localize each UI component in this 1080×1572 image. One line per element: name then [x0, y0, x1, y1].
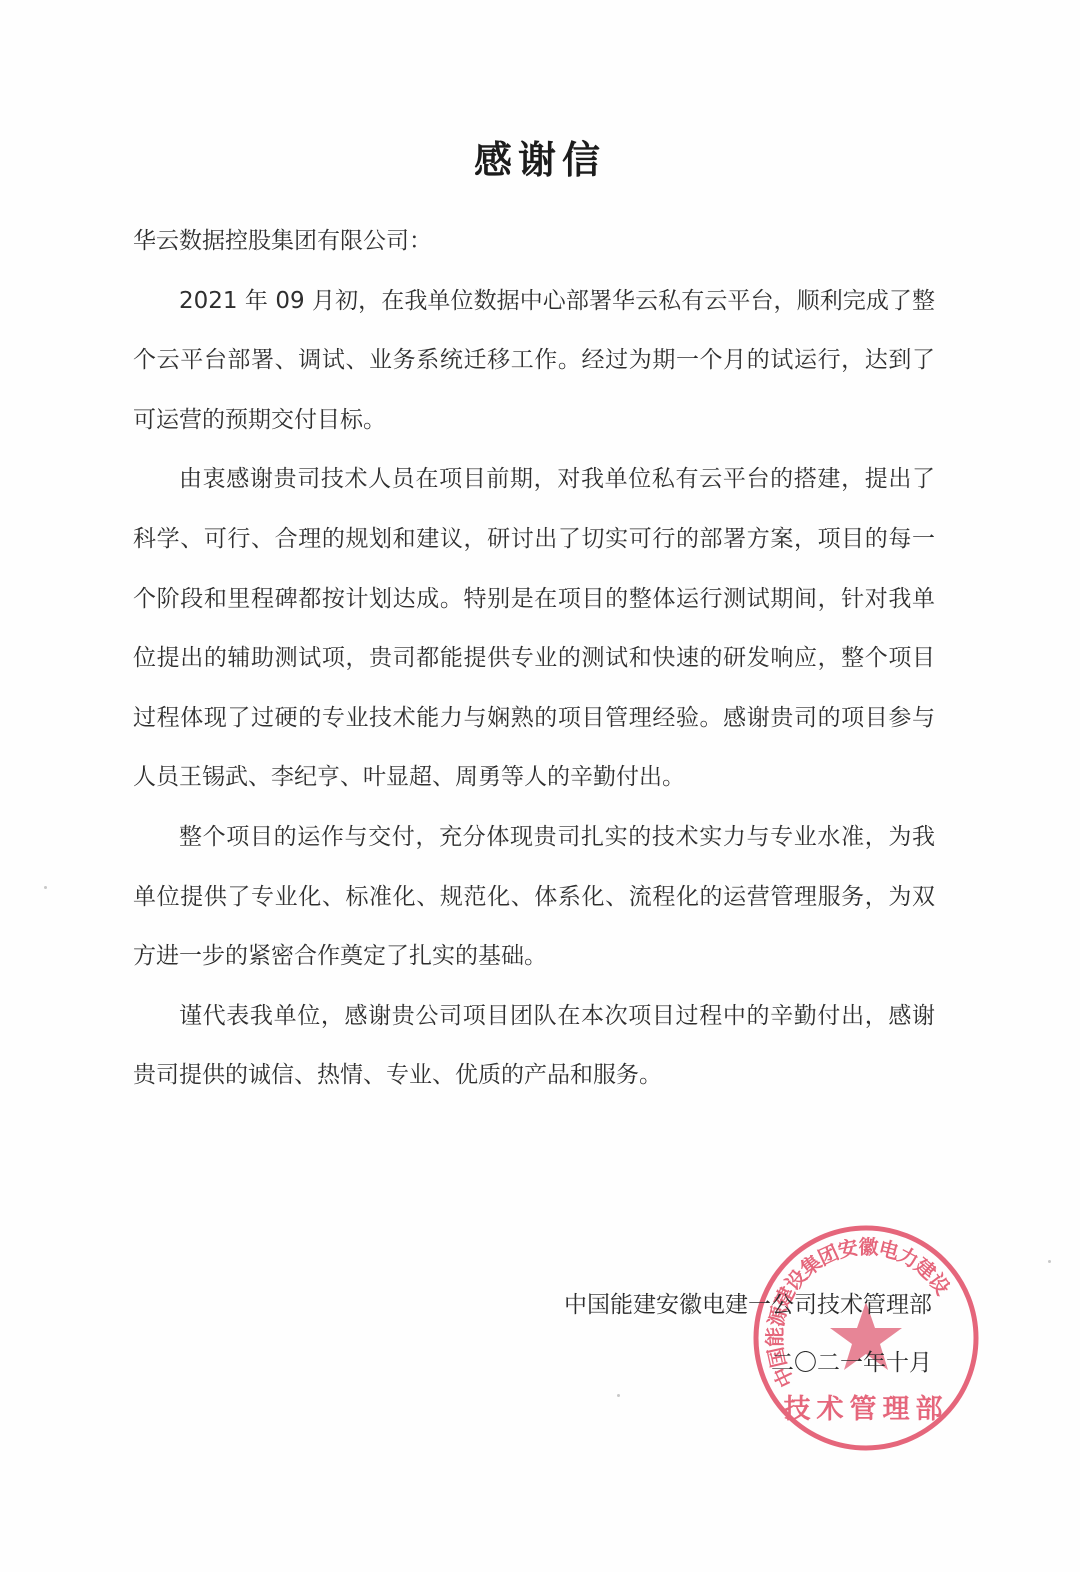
- letter-page: 感谢信 华云数据控股集团有限公司： 2021 年 09 月初，在我单位数据中心部…: [0, 0, 1080, 1572]
- signature-date: 二〇二一年十月: [564, 1341, 932, 1385]
- paragraph-3: 整个项目的运作与交付，充分体现贵司扎实的技术实力与专业水准，为我单位提供了专业化…: [133, 808, 935, 987]
- signature-block: 中国能建安徽电建一公司技术管理部 二〇二一年十月: [564, 1283, 932, 1385]
- letter-body: 华云数据控股集团有限公司： 2021 年 09 月初，在我单位数据中心部署华云私…: [133, 212, 935, 1106]
- salutation: 华云数据控股集团有限公司：: [133, 212, 935, 272]
- seal-center-text: 技术管理部: [784, 1393, 949, 1425]
- signature-organization: 中国能建安徽电建一公司技术管理部: [564, 1283, 932, 1327]
- paragraph-2: 由衷感谢贵司技术人员在项目前期，对我单位私有云平台的搭建，提出了科学、可行、合理…: [133, 450, 935, 808]
- scan-speck: [44, 886, 47, 889]
- scan-speck: [617, 1394, 620, 1397]
- scan-speck: [1048, 1260, 1051, 1263]
- letter-title: 感谢信: [0, 136, 1080, 184]
- paragraph-4: 谨代表我单位，感谢贵公司项目团队在本次项目过程中的辛勤付出，感谢贵司提供的诚信、…: [133, 987, 935, 1106]
- paragraph-1: 2021 年 09 月初，在我单位数据中心部署华云私有云平台，顺利完成了整个云平…: [133, 272, 935, 451]
